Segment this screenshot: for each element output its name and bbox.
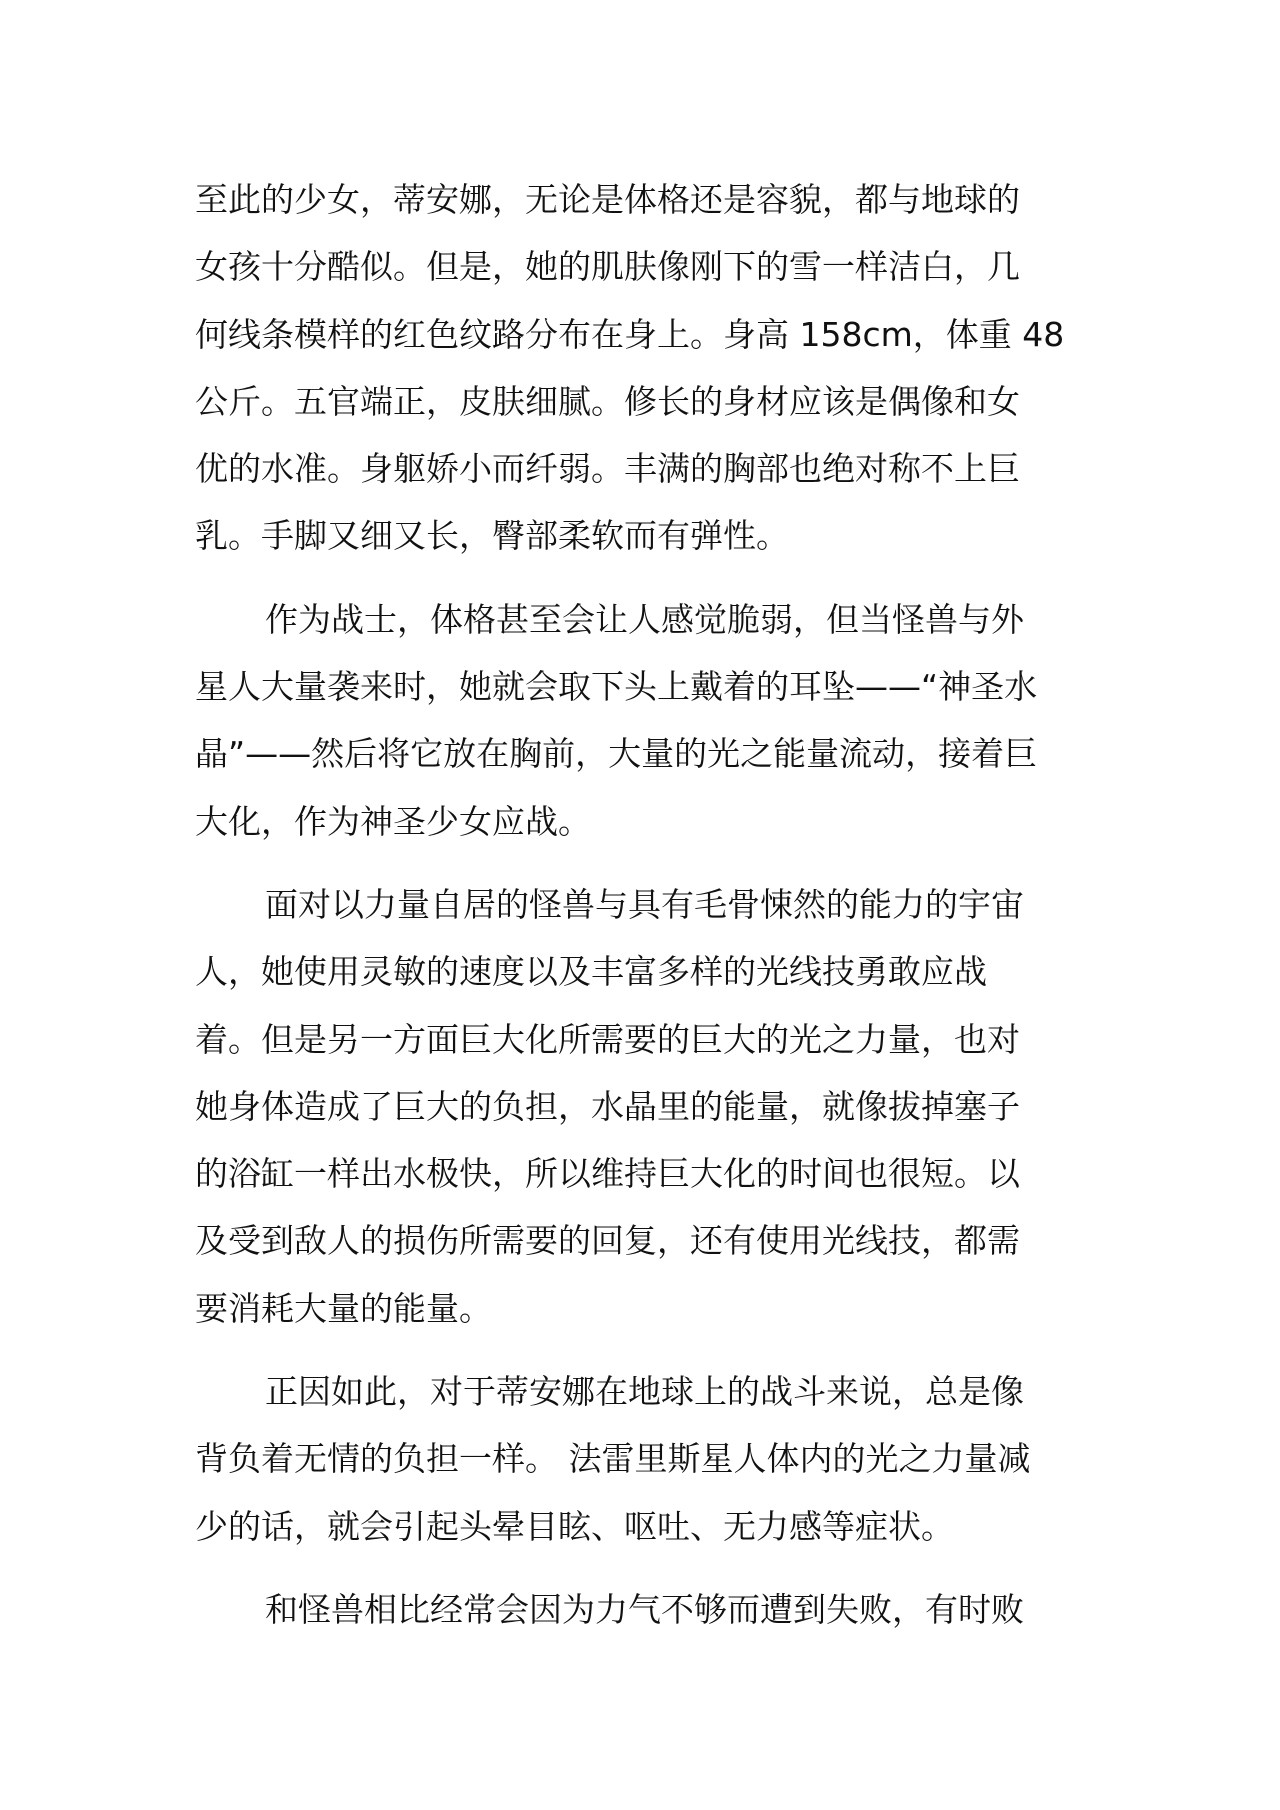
paragraph-3: 面对以力量自居的怪兽与具有毛骨悚然的能力的宇宙 人，她使用灵敏的速度以及丰富多样…: [195, 871, 1095, 1342]
text-line: 星人大量袭来时，她就会取下头上戴着的耳坠——“神圣水: [195, 653, 1095, 720]
text-line: 乳。手脚又细又长，臀部柔软而有弹性。: [195, 502, 1095, 569]
paragraph-1: 至此的少女，蒂安娜，无论是体格还是容貌，都与地球的 女孩十分酷似。但是，她的肌肤…: [195, 166, 1095, 570]
text-line: 大化，作为神圣少女应战。: [195, 788, 1095, 855]
text-line-indented: 正因如此，对于蒂安娜在地球上的战斗来说，总是像: [195, 1358, 1095, 1425]
text-line: 晶”——然后将它放在胸前，大量的光之能量流动，接着巨: [195, 720, 1095, 787]
text-line: 她身体造成了巨大的负担，水晶里的能量，就像拔掉塞子: [195, 1073, 1095, 1140]
text-line: 要消耗大量的能量。: [195, 1275, 1095, 1342]
text-line: 公斤。五官端正，皮肤细腻。修长的身材应该是偶像和女: [195, 368, 1095, 435]
text-line: 的浴缸一样出水极快，所以维持巨大化的时间也很短。以: [195, 1140, 1095, 1207]
text-line: 着。但是另一方面巨大化所需要的巨大的光之力量，也对: [195, 1006, 1095, 1073]
text-line: 女孩十分酷似。但是，她的肌肤像刚下的雪一样洁白，几: [195, 233, 1095, 300]
paragraph-5: 和怪兽相比经常会因为力气不够而遭到失败，有时败: [195, 1576, 1095, 1643]
text-line: 及受到敌人的损伤所需要的回复，还有使用光线技，都需: [195, 1207, 1095, 1274]
text-line: 至此的少女，蒂安娜，无论是体格还是容貌，都与地球的: [195, 166, 1095, 233]
text-line: 人，她使用灵敏的速度以及丰富多样的光线技勇敢应战: [195, 938, 1095, 1005]
text-line: 何线条模样的红色纹路分布在身上。身高 158cm，体重 48: [195, 301, 1095, 368]
text-line-indented: 作为战士，体格甚至会让人感觉脆弱，但当怪兽与外: [195, 586, 1095, 653]
text-line: 优的水准。身躯娇小而纤弱。丰满的胸部也绝对称不上巨: [195, 435, 1095, 502]
text-line-indented: 面对以力量自居的怪兽与具有毛骨悚然的能力的宇宙: [195, 871, 1095, 938]
document-body: 至此的少女，蒂安娜，无论是体格还是容貌，都与地球的 女孩十分酷似。但是，她的肌肤…: [195, 166, 1095, 1659]
text-line: 背负着无情的负担一样。 法雷里斯星人体内的光之力量减: [195, 1425, 1095, 1492]
paragraph-2: 作为战士，体格甚至会让人感觉脆弱，但当怪兽与外 星人大量袭来时，她就会取下头上戴…: [195, 586, 1095, 855]
paragraph-4: 正因如此，对于蒂安娜在地球上的战斗来说，总是像 背负着无情的负担一样。 法雷里斯…: [195, 1358, 1095, 1560]
text-line-indented: 和怪兽相比经常会因为力气不够而遭到失败，有时败: [195, 1576, 1095, 1643]
document-page: 至此的少女，蒂安娜，无论是体格还是容貌，都与地球的 女孩十分酷似。但是，她的肌肤…: [0, 0, 1280, 1810]
text-line: 少的话，就会引起头晕目眩、呕吐、无力感等症状。: [195, 1493, 1095, 1560]
